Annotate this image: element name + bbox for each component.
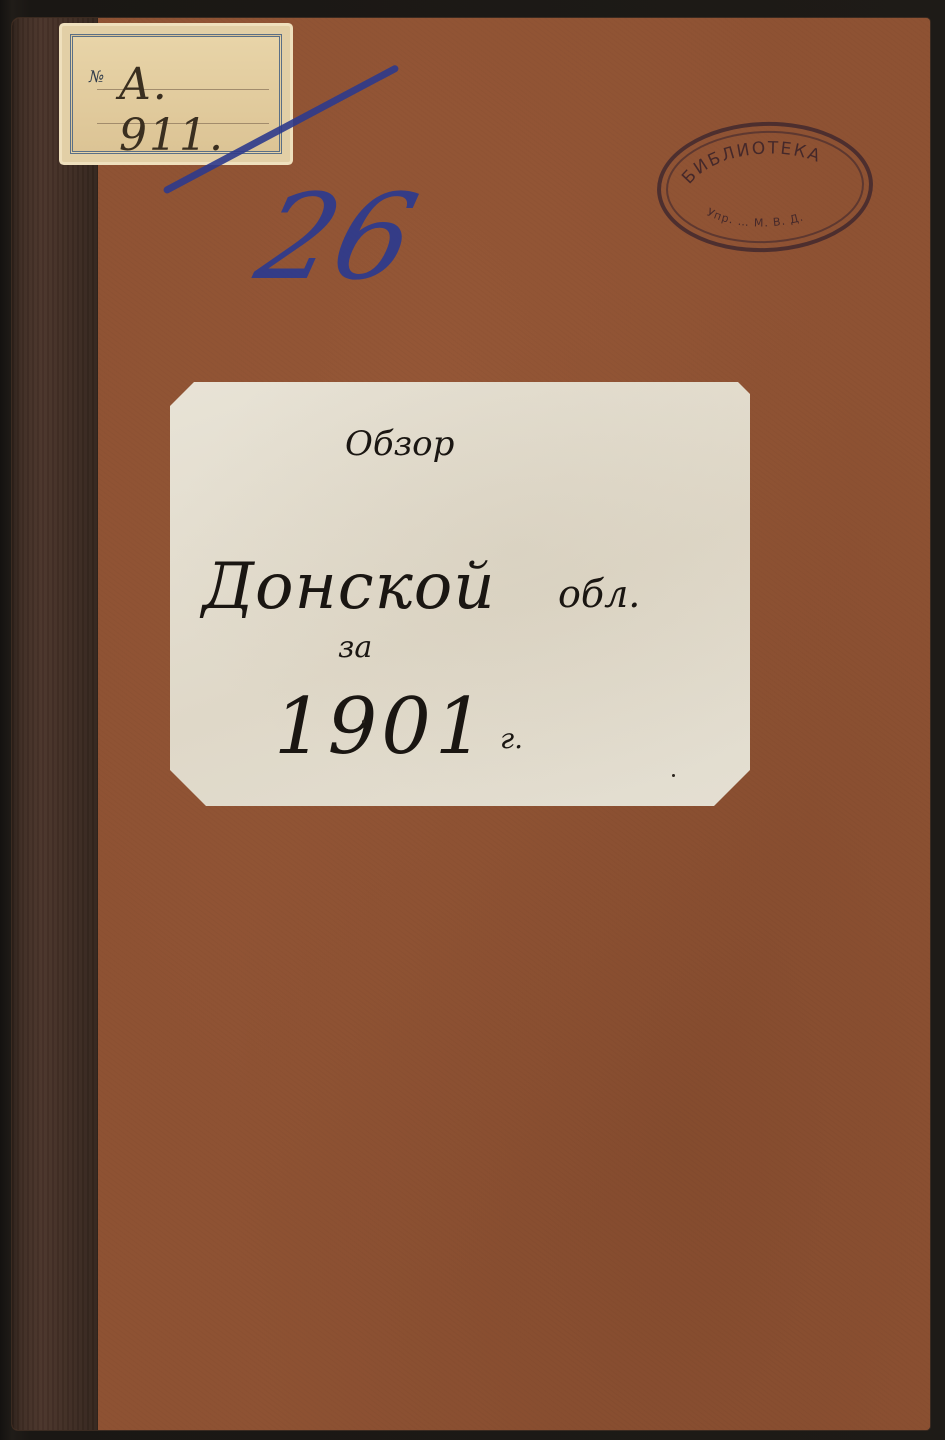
blue-pencil-number: 26 [247, 178, 427, 296]
stamp-text-icon: БИБЛИОТЕКА Упр. … М. В. Д. [659, 122, 871, 251]
title-line-region-abbr: обл. [558, 572, 640, 616]
library-stamp: БИБЛИОТЕКА Упр. … М. В. Д. [655, 118, 875, 255]
title-card: Обзор Донской обл. за 1901 г. [170, 382, 750, 806]
title-line-review: Обзор [345, 424, 454, 464]
book-cover: № A. 911. 26 БИБЛИОТЕКА Упр. … М. В. Д. … [12, 18, 930, 1430]
ink-speck [672, 774, 675, 777]
stamp-top-text: БИБЛИОТЕКА [677, 136, 826, 188]
svg-text:Упр. … М. В. Д.: Упр. … М. В. Д. [704, 202, 805, 231]
svg-text:БИБЛИОТЕКА: БИБЛИОТЕКА [677, 136, 826, 188]
shelf-label-frame: № A. 911. [70, 34, 282, 154]
book-spine [12, 18, 98, 1430]
title-line-year-suffix: г. [500, 722, 523, 755]
title-line-region: Донской [202, 550, 496, 624]
title-line-for: за [338, 630, 372, 665]
number-sign: № [89, 67, 104, 86]
title-line-year: 1901 [274, 682, 489, 772]
ink-speck [362, 720, 365, 723]
stamp-bottom-text: Упр. … М. В. Д. [704, 202, 805, 231]
